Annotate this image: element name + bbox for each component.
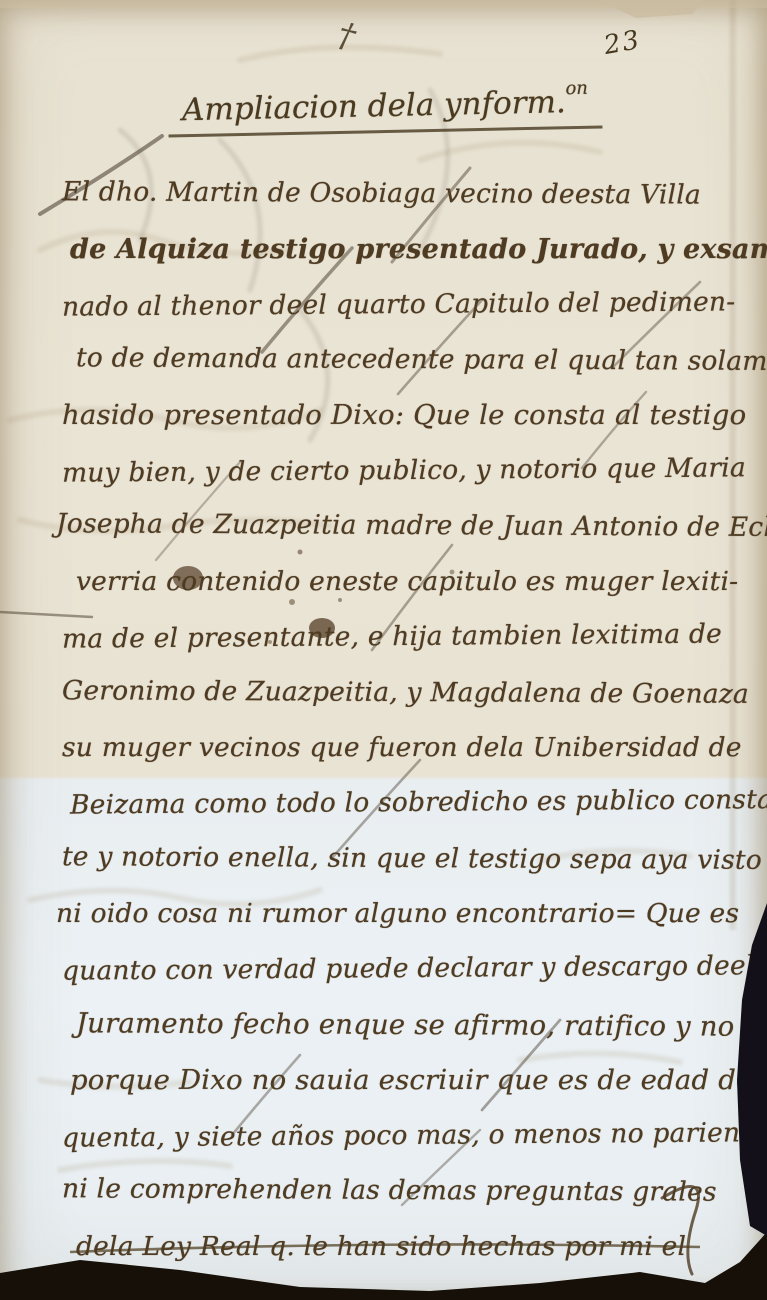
manuscript-line: ni le comprehenden las demas preguntas g… [62, 1161, 745, 1220]
manuscript-line: de Alquiza testigo presentado Jurado, y … [62, 221, 745, 276]
manuscript-line: verria contenido eneste capitulo es muge… [62, 554, 745, 609]
manuscript-line: Geronimo de Zuazpeitia, y Magdalena de G… [62, 663, 745, 722]
manuscript-line: Beizama como todo lo sobredicho es publi… [62, 773, 745, 834]
manuscript-line: ma de el presentante, e hija tambien lex… [62, 606, 745, 667]
manuscript-line: te y notorio enella, sin que el testigo … [62, 829, 745, 888]
manuscript-line: Josepha de Zuazpeitia madre de Juan Anto… [62, 497, 745, 556]
folio-page-number: 23 [602, 25, 644, 61]
title-superscript: on [565, 78, 588, 99]
manuscript-line: to de demanda antecedente para el qual t… [62, 330, 745, 389]
manuscript-line: ni oido cosa ni rumor alguno encontrario… [62, 886, 745, 941]
manuscript-body: El dho. Martin de Osobiaga vecino deesta… [0, 166, 767, 1274]
manuscript-line: Juramento fecho enque se afirmo, ratific… [62, 995, 745, 1054]
manuscript-line: porque Dixo no sauia escriuir que es de … [62, 1052, 745, 1107]
document-title: Ampliacion dela ynform.on [168, 77, 603, 137]
manuscript-line: hasido presentado Dixo: Que le consta al… [62, 388, 745, 443]
manuscript-scan: † 23 Ampliacion dela ynform.on El dho. M… [0, 0, 767, 1300]
manuscript-line: nado al thenor deel quarto Capitulo del … [62, 274, 745, 335]
manuscript-line: dela Ley Real q. le han sido hechas por … [62, 1218, 745, 1273]
manuscript-line: muy bien, y de cierto publico, y notorio… [62, 440, 745, 501]
manuscript-line: su muger vecinos que fueron dela Unibers… [62, 720, 745, 775]
manuscript-line: El dho. Martin de Osobiaga vecino deesta… [62, 164, 745, 223]
manuscript-line: quanto con verdad puede declarar y desca… [62, 939, 745, 1000]
manuscript-line: quenta, y siete años poco mas, o menos n… [62, 1105, 745, 1166]
document-title-text: Ampliacion dela ynform. [182, 84, 566, 128]
